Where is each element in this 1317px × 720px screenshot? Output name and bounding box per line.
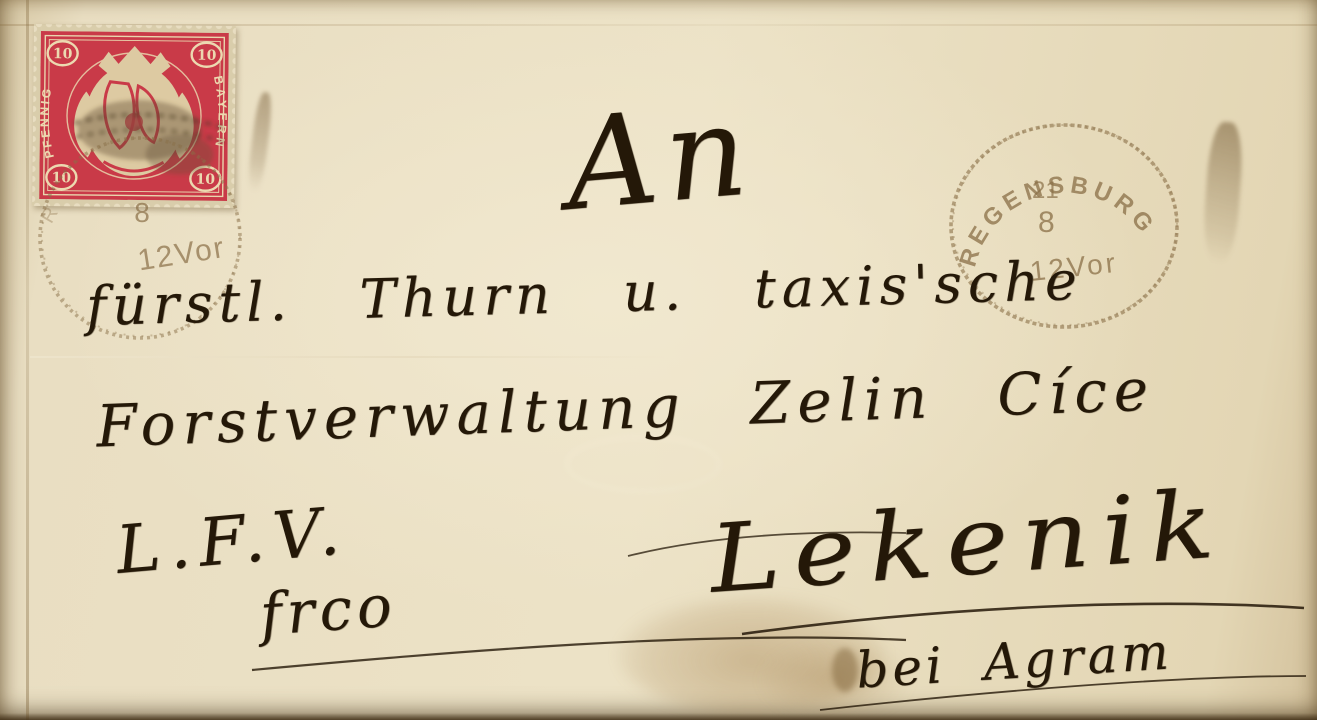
postage-stamp: 10 10 10 10 PFENNIG BAYERN	[32, 24, 236, 208]
stamp-value: 10	[52, 170, 72, 186]
stamp-value: 10	[53, 46, 73, 62]
paper-fold-line	[26, 0, 29, 720]
stamp-artwork: 10 10 10 10 PFENNIG BAYERN	[39, 31, 229, 201]
left-postmark-town-trace: R	[36, 203, 62, 227]
right-postmark: REGENSBURG 21 8 12Vor	[930, 108, 1202, 360]
right-postmark-month: 8	[1038, 206, 1055, 239]
stamp-value: 10	[197, 48, 217, 64]
left-postmark-time: 12Vor	[135, 231, 227, 277]
stamp-value: 10	[196, 172, 216, 188]
ink-smudge	[1201, 121, 1245, 263]
paper-stain	[618, 596, 886, 714]
franco-note: frco	[258, 571, 399, 648]
address-recipient-line1: fürstl. Thurn u. taxis'sche	[85, 249, 1083, 338]
sender-initials: L.F.V.	[113, 492, 351, 589]
envelope: 10 10 10 10 PFENNIG BAYERN R	[0, 0, 1317, 720]
ink-smudge	[246, 91, 274, 192]
address-recipient-line2: Forstverwaltung Zelin Cíce	[95, 356, 1156, 461]
address-salutation: An	[560, 76, 760, 239]
destination-underline	[742, 604, 1304, 634]
right-postmark-day: 21	[1032, 177, 1059, 204]
ink-smudge	[832, 648, 858, 692]
destination-town: Lekenik	[706, 470, 1230, 615]
destination-region: bei Agram	[855, 622, 1175, 699]
paper-crease-middle	[30, 356, 670, 358]
embossed-oval-mark	[566, 436, 720, 492]
envelope-bottom-edge	[0, 713, 1317, 720]
